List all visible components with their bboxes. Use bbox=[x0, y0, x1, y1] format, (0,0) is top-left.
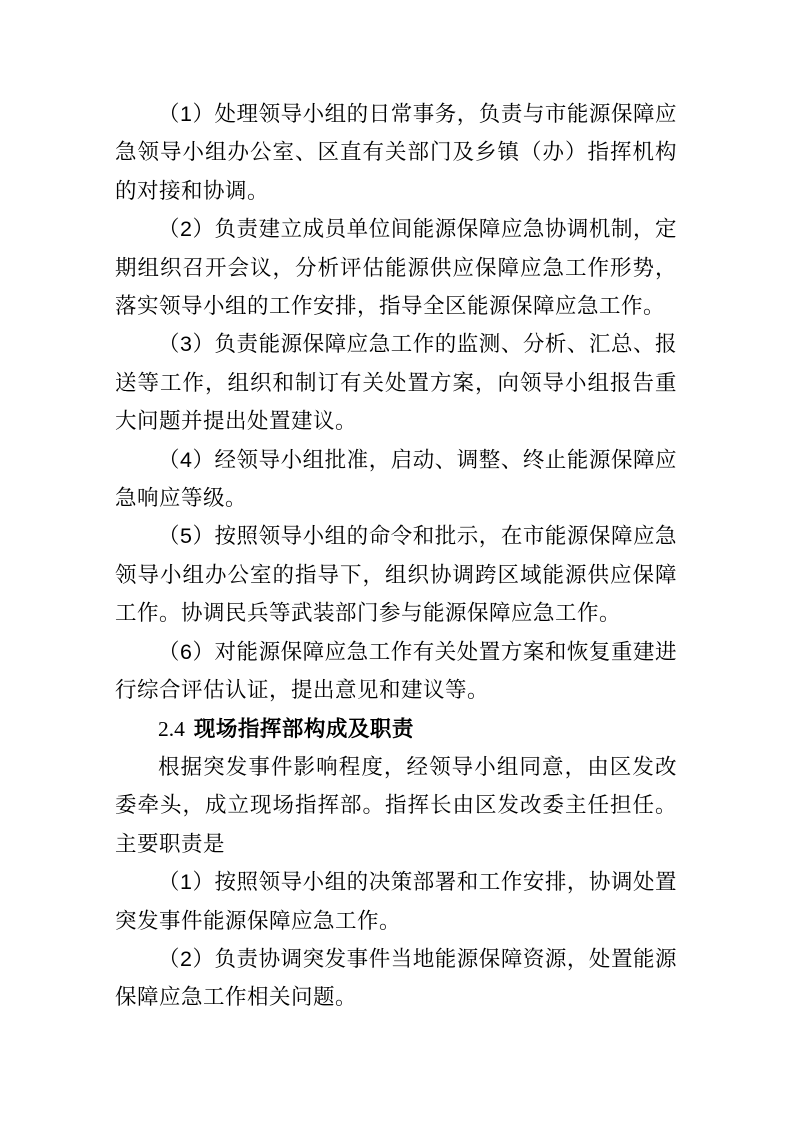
section-heading-number: 2.4 bbox=[158, 717, 185, 741]
paragraph-item-2: （2）负责建立成员单位间能源保障应急协调机制，定期组织召开会议，分析评估能源供应… bbox=[115, 210, 677, 325]
document-content: （1）处理领导小组的日常事务，负责与市能源保障应急领导小组办公室、区直有关部门及… bbox=[0, 0, 793, 1017]
paragraph-item-5: （5）按照领导小组的命令和批示，在市能源保障应急领导小组办公室的指导下，组织协调… bbox=[115, 517, 677, 632]
section-heading-title: 现场指挥部构成及职责 bbox=[194, 717, 414, 741]
paragraph-item-4: （4）经领导小组批准，启动、调整、终止能源保障应急响应等级。 bbox=[115, 441, 677, 518]
paragraph-item-3: （3）负责能源保障应急工作的监测、分析、汇总、报送等工作，组织和制订有关处置方案… bbox=[115, 325, 677, 440]
section-heading: 2.4现场指挥部构成及职责 bbox=[115, 710, 677, 748]
paragraph-item-8: （1）按照领导小组的决策部署和工作安排，协调处置突发事件能源保障应急工作。 bbox=[115, 863, 677, 940]
paragraph-item-7: 根据突发事件影响程度，经领导小组同意，由区发改委牵头，成立现场指挥部。指挥长由区… bbox=[115, 748, 677, 863]
paragraph-item-9: （2）负责协调突发事件当地能源保障资源，处置能源保障应急工作相关问题。 bbox=[115, 940, 677, 1017]
document-page: （1）处理领导小组的日常事务，负责与市能源保障应急领导小组办公室、区直有关部门及… bbox=[0, 0, 793, 1122]
paragraph-item-1: （1）处理领导小组的日常事务，负责与市能源保障应急领导小组办公室、区直有关部门及… bbox=[115, 95, 677, 210]
paragraph-item-6: （6）对能源保障应急工作有关处置方案和恢复重建进行综合评估认证，提出意见和建议等… bbox=[115, 633, 677, 710]
